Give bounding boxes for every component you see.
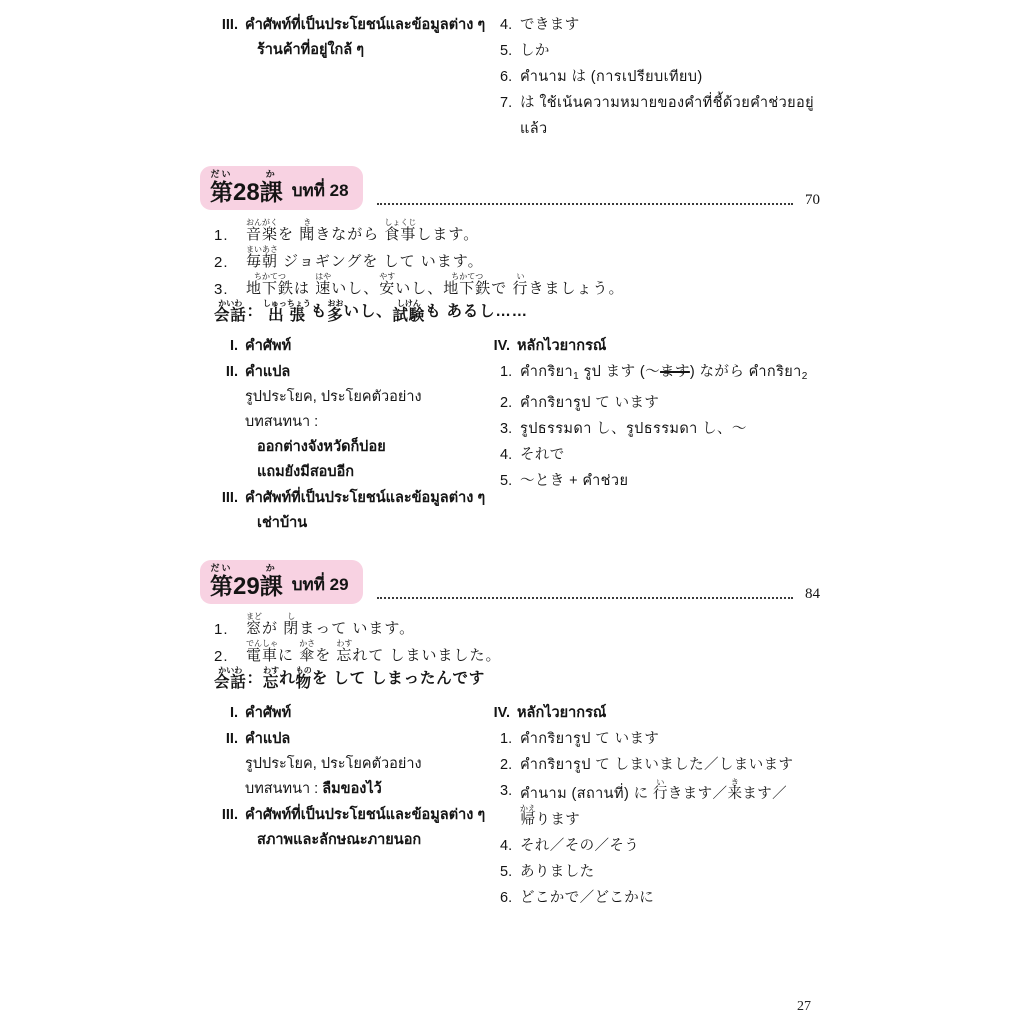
chapter-page-number: 70	[805, 192, 820, 210]
chapter-header: 第だい28課かบทที่ 2870	[200, 166, 820, 210]
section-body: คำศัพท์ที่เป็นประโยชน์และข้อมูลต่าง ๆสภา…	[245, 802, 484, 853]
sentence-text: 窓まどが 閉しまって います。	[246, 612, 820, 638]
text-segment: ます／	[742, 786, 787, 802]
chapter-left-column: I.คำศัพท์II.คำแปลรูปประโยค, ประโยคตัวอย่…	[212, 333, 484, 536]
grammar-item: 5.しか	[484, 38, 820, 64]
section-title: คำแปล	[245, 726, 484, 752]
section-line: รูปประโยค, ประโยคตัวอย่าง	[245, 752, 484, 777]
text-segment: ～とき + คำช่วย	[520, 473, 628, 489]
grammar-item-text: は ใช้เน้นความหมายของคำที่ชี้ด้วยคำช่วยอย…	[520, 90, 820, 142]
ruby-text: 多おお	[327, 299, 343, 325]
grammar-item: 1.คำกริยา1 รูป ます (～ます) ながら คำกริยา2	[484, 359, 820, 390]
content-section: III.คำศัพท์ที่เป็นประโยชน์และข้อมูลต่าง …	[212, 485, 484, 536]
text-segment: を して しまったんです	[312, 666, 485, 692]
section-title: คำศัพท์ที่เป็นประโยชน์และข้อมูลต่าง ๆ	[245, 12, 484, 38]
section-subtitle: ร้านค้าที่อยู่ใกล้ ๆ	[257, 38, 484, 63]
chapter-right-column: IV.หลักไวยากรณ์1.คำกริยา1 รูป ます (～ます) な…	[484, 333, 820, 536]
text-segment: 2	[802, 371, 808, 382]
ruby-text: 課か	[260, 573, 283, 599]
grammar-item-number: 5.	[500, 38, 520, 64]
text-segment: は ใช้เน้นความหมายของคำที่ชี้ด้วยคำช่วยอย…	[520, 95, 814, 137]
section-body: คำศัพท์	[245, 700, 484, 726]
grammar-item-number: 4.	[500, 12, 520, 38]
top-right-grammar-items: 4.できます5.しか6.คำนาม は (การเปรียบเทียบ)7.は …	[484, 12, 820, 142]
section-line-text: เช่าบ้าน	[257, 515, 307, 531]
section-body: คำศัพท์	[245, 333, 484, 359]
ruby-text: 地下鉄ちかてつ	[246, 280, 294, 297]
section-line-text: บทสนทนา :	[245, 414, 318, 430]
grammar-item-number: 1.	[500, 359, 520, 390]
grammar-item: 3.รูปธรรมดา し、รูปธรรมดา し、～	[484, 416, 820, 442]
ruby-text: 毎朝まいあさ	[246, 253, 278, 270]
ruby-text: 窓まど	[246, 620, 262, 637]
section-numeral: III.	[212, 12, 238, 63]
sentence-text: 毎朝まいあさ ジョギングを して います。	[246, 245, 820, 271]
sentence-text: 電車でんしゃに 傘かさを 忘わすれて しまいました。	[246, 639, 820, 665]
text-segment: คำกริยา	[520, 364, 573, 380]
grammar-item-text: คำนาม は (การเปรียบเทียบ)	[520, 64, 820, 90]
section-line-text: แถมยังมีสอบอีก	[257, 464, 354, 480]
grammar-item-text: ありました	[520, 859, 820, 885]
text-segment: คำกริยารูป て しまいました／しまいます	[520, 757, 793, 773]
sentence-number: 3.	[214, 281, 246, 298]
grammar-item-number: 4.	[500, 442, 520, 468]
content-section: I.คำศัพท์	[212, 700, 484, 726]
section-numeral: IV.	[484, 700, 510, 726]
chapter-columns: I.คำศัพท์II.คำแปลรูปประโยค, ประโยคตัวอย่…	[200, 700, 820, 911]
text-segment: します。	[416, 226, 479, 243]
text-segment: รูป ます (～	[579, 364, 660, 380]
section-numeral: II.	[212, 726, 238, 802]
ruby-text: 帰かえ	[520, 812, 535, 828]
section-title: คำศัพท์ที่เป็นประโยชน์และข้อมูลต่าง ๆ	[245, 485, 484, 511]
text-segment: รูปธรรมดา し、รูปธรรมดา し、～	[520, 421, 747, 437]
text-segment: どこかで／どこかに	[520, 890, 654, 906]
grammar-item: 6.どこかで／どこかに	[484, 885, 820, 911]
grammar-item-number: 1.	[500, 726, 520, 752]
ruby-text: 会話かいわ	[214, 666, 247, 692]
text-segment: ジョギングを して います。	[278, 253, 484, 270]
section-line: แถมยังมีสอบอีก	[257, 460, 484, 485]
text-segment: คำนาม (สถานที่) に	[520, 786, 653, 802]
section-body: คำศัพท์ที่เป็นประโยชน์และข้อมูลต่าง ๆ ร้…	[245, 12, 484, 63]
section-line: สภาพและลักษณะภายนอก	[257, 828, 484, 853]
section-line: รูปประโยค, ประโยคตัวอย่าง	[245, 385, 484, 410]
ruby-text: 行い	[512, 280, 528, 297]
text-segment: ありました	[520, 864, 595, 880]
chapter-header: 第だい29課かบทที่ 2984	[200, 560, 820, 604]
ruby-text: 出 張しゅっちょう	[263, 299, 311, 325]
section-numeral: IV.	[484, 333, 510, 359]
grammar-item: 5.ありました	[484, 859, 820, 885]
grammar-item-text: คำนาม (สถานที่) に 行いきます／来きます／帰かえります	[520, 778, 820, 833]
grammar-item-number: 2.	[500, 390, 520, 416]
section-title: คำศัพท์	[245, 333, 484, 359]
chapter-title-badge: 第だい28課かบทที่ 28	[200, 166, 363, 210]
chapter-number: 28	[233, 179, 260, 206]
grammar-item-text: คำกริยารูป て しまいました／しまいます	[520, 752, 820, 778]
grammar-item: 5.～とき + คำช่วย	[484, 468, 820, 494]
text-segment: できます	[520, 17, 580, 33]
ruby-text: 傘かさ	[299, 647, 315, 664]
text-segment: で	[491, 280, 512, 297]
chapter-title-thai: บทที่ 29	[292, 571, 349, 599]
text-segment: それ／その／そう	[520, 838, 639, 854]
sentence-number: 2.	[214, 648, 246, 665]
section-body: คำศัพท์ที่เป็นประโยชน์และข้อมูลต่าง ๆเช่…	[245, 485, 484, 536]
grammar-item-text: しか	[520, 38, 820, 64]
grammar-item-number: 6.	[500, 885, 520, 911]
chapter-block: 第だい29課かบทที่ 29841.窓まどが 閉しまって います。2.電車でん…	[200, 560, 820, 911]
grammar-item-number: 3.	[500, 416, 520, 442]
content-section: III.คำศัพท์ที่เป็นประโยชน์และข้อมูลต่าง …	[212, 802, 484, 853]
ruby-text: 第だい	[210, 573, 233, 599]
section-line: เช่าบ้าน	[257, 511, 484, 536]
dotted-leader	[377, 597, 793, 599]
grammar-section: IV.หลักไวยากรณ์	[484, 333, 820, 359]
section-line-text: บทสนทนา :	[245, 781, 322, 797]
grammar-item-text: รูปธรรมดา し、รูปธรรมดา し、～	[520, 416, 820, 442]
ruby-text: 課か	[260, 179, 283, 205]
ruby-text: 安やす	[379, 280, 395, 297]
content-section: II.คำแปลรูปประโยค, ประโยคตัวอย่างบทสนทนา…	[212, 726, 484, 802]
grammar-item-number: 3.	[500, 778, 520, 833]
ruby-text: 閉し	[283, 620, 299, 637]
grammar-item-text: คำกริยา1 รูป ます (～ます) ながら คำกริยา2	[520, 359, 820, 390]
text-segment: ：	[247, 299, 263, 325]
example-sentence: 1.窓まどが 閉しまって います。	[200, 612, 820, 638]
ruby-text: 会話かいわ	[214, 299, 247, 325]
grammar-item: 4.それ／その／そう	[484, 833, 820, 859]
grammar-item-number: 2.	[500, 752, 520, 778]
grammar-item: 6.คำนาม は (การเปรียบเทียบ)	[484, 64, 820, 90]
ruby-text: 試験しけん	[392, 299, 425, 325]
grammar-item: 4.それで	[484, 442, 820, 468]
text-segment: ります	[535, 812, 580, 828]
text-segment: いし、	[395, 280, 443, 297]
text-segment: それで	[520, 447, 565, 463]
text-segment: いし、	[331, 280, 379, 297]
section-title: คำศัพท์	[245, 700, 484, 726]
content-section: II.คำแปลรูปประโยค, ประโยคตัวอย่างบทสนทนา…	[212, 359, 484, 485]
section-line: ออกต่างจังหวัดก็บ่อย	[257, 435, 484, 460]
grammar-item-text: คำกริยารูป て います	[520, 726, 820, 752]
grammar-item-number: 5.	[500, 859, 520, 885]
grammar-item: 2.คำกริยารูป て います	[484, 390, 820, 416]
grammar-item-text: それ／その／そう	[520, 833, 820, 859]
section-numeral: I.	[212, 700, 238, 726]
grammar-item: 7.は ใช้เน้นความหมายของคำที่ชี้ด้วยคำช่วย…	[484, 90, 820, 142]
text-segment: ます	[660, 364, 690, 380]
grammar-item: 3.คำนาม (สถานที่) に 行いきます／来きます／帰かえります	[484, 778, 820, 833]
sentence-number: 1.	[214, 227, 246, 244]
chapter-right-column: IV.หลักไวยากรณ์1.คำกริยารูป て います2.คำกริ…	[484, 700, 820, 911]
top-section: III. คำศัพท์ที่เป็นประโยชน์และข้อมูลต่าง…	[200, 6, 820, 142]
section-body: คำแปลรูปประโยค, ประโยคตัวอย่างบทสนทนา : …	[245, 726, 484, 802]
vocab-info-section: III. คำศัพท์ที่เป็นประโยชน์และข้อมูลต่าง…	[212, 12, 484, 63]
sentence-number: 2.	[214, 254, 246, 271]
text-segment: に	[278, 647, 299, 664]
ruby-text: 第だい	[210, 179, 233, 205]
chapter-title-thai: บทที่ 28	[292, 177, 349, 205]
grammar-item: 2.คำกริยารูป て しまいました／しまいます	[484, 752, 820, 778]
section-numeral: III.	[212, 485, 238, 536]
dotted-leader	[377, 203, 793, 205]
chapter-title-japanese: 第だい28課か	[210, 169, 283, 205]
conversation-title-line: 会話かいわ：出 張しゅっちょうも 多おおいし、試験しけんも あるし……	[200, 299, 820, 325]
ruby-text: 音楽おんがく	[246, 226, 278, 243]
ruby-text: 地下鉄ちかてつ	[443, 280, 491, 297]
grammar-item-text: คำกริยารูป て います	[520, 390, 820, 416]
chapter-left-column: I.คำศัพท์II.คำแปลรูปประโยค, ประโยคตัวอย่…	[212, 700, 484, 911]
section-numeral: II.	[212, 359, 238, 485]
text-segment: まって います。	[299, 620, 415, 637]
text-segment: ：	[247, 666, 263, 692]
chapter-page-number: 84	[805, 586, 820, 604]
chapter-columns: I.คำศัพท์II.คำแปลรูปประโยค, ประโยคตัวอย่…	[200, 333, 820, 536]
sentence-text: 地下鉄ちかてつは 速はやいし、安やすいし、地下鉄ちかてつで 行いきましょう。	[246, 272, 820, 298]
text-segment: が	[262, 620, 283, 637]
text-segment: คำนาม は (การเปรียบเทียบ)	[520, 69, 703, 85]
ruby-text: 速はや	[315, 280, 331, 297]
section-line-text: สภาพและลักษณะภายนอก	[257, 832, 421, 848]
ruby-text: 忘わす	[263, 666, 279, 692]
text-segment: きます／	[668, 786, 728, 802]
text-segment: いし、	[344, 299, 393, 325]
grammar-item-number: 6.	[500, 64, 520, 90]
chapters: 第だい28課かบทที่ 28701.音楽おんがくを 聞ききながら 食事しょくじ…	[200, 166, 820, 911]
ruby-text: 聞き	[299, 226, 315, 243]
sentence-text: 音楽おんがくを 聞ききながら 食事しょくじします。	[246, 218, 820, 244]
section-line-text: รูปประโยค, ประโยคตัวอย่าง	[245, 756, 422, 772]
text-segment: きながら	[315, 226, 384, 243]
grammar-section: IV.หลักไวยากรณ์	[484, 700, 820, 726]
section-line-text: ออกต่างจังหวัดก็บ่อย	[257, 439, 386, 455]
section-line-text: ลืมของไว้	[322, 781, 382, 797]
example-sentence: 2.毎朝まいあさ ジョギングを して います。	[200, 245, 820, 271]
ruby-text: 物もの	[296, 666, 312, 692]
text-segment: れて しまいました。	[352, 647, 501, 664]
section-line: บทสนทนา :	[245, 410, 484, 435]
example-sentence: 2.電車でんしゃに 傘かさを 忘わすれて しまいました。	[200, 639, 820, 665]
conversation-title-line: 会話かいわ：忘わすれ物ものを して しまったんです	[200, 666, 820, 692]
text-segment: คำกริยารูป て います	[520, 395, 659, 411]
top-left-column: III. คำศัพท์ที่เป็นประโยชน์และข้อมูลต่าง…	[212, 12, 484, 142]
grammar-item-text: どこかで／どこかに	[520, 885, 820, 911]
text-segment: しか	[520, 43, 550, 59]
section-title: คำแปล	[245, 359, 484, 385]
text-segment: を	[315, 647, 336, 664]
text-segment: を	[278, 226, 299, 243]
chapter-title-japanese: 第だい29課か	[210, 563, 283, 599]
ruby-text: 食事しょくじ	[384, 226, 416, 243]
text-segment: は	[294, 280, 315, 297]
grammar-item-number: 7.	[500, 90, 520, 142]
example-sentence: 3.地下鉄ちかてつは 速はやいし、安やすいし、地下鉄ちかてつで 行いきましょう。	[200, 272, 820, 298]
section-title: หลักไวยากรณ์	[517, 333, 820, 359]
page-number: 27	[797, 999, 811, 1015]
grammar-item-number: 5.	[500, 468, 520, 494]
example-sentence: 1.音楽おんがくを 聞ききながら 食事しょくじします。	[200, 218, 820, 244]
chapter-number: 29	[233, 573, 260, 600]
section-line: บทสนทนา : ลืมของไว้	[245, 777, 484, 802]
section-body: หลักไวยากรณ์	[517, 700, 820, 726]
page-content: III. คำศัพท์ที่เป็นประโยชน์และข้อมูลต่าง…	[200, 6, 820, 911]
grammar-item-number: 4.	[500, 833, 520, 859]
grammar-item-text: できます	[520, 12, 820, 38]
sentence-number: 1.	[214, 621, 246, 638]
text-segment: も あるし……	[425, 299, 528, 325]
grammar-item-text: それで	[520, 442, 820, 468]
grammar-item: 4.できます	[484, 12, 820, 38]
text-segment: คำกริยารูป て います	[520, 731, 659, 747]
chapter-title-badge: 第だい29課かบทที่ 29	[200, 560, 363, 604]
section-numeral: I.	[212, 333, 238, 359]
ruby-text: 行い	[653, 786, 668, 802]
grammar-item: 1.คำกริยารูป て います	[484, 726, 820, 752]
section-title: หลักไวยากรณ์	[517, 700, 820, 726]
chapter-block: 第だい28課かบทที่ 28701.音楽おんがくを 聞ききながら 食事しょくじ…	[200, 166, 820, 536]
section-line-text: รูปประโยค, ประโยคตัวอย่าง	[245, 389, 422, 405]
text-segment: ) ながら คำกริยา	[690, 364, 802, 380]
ruby-text: 電車でんしゃ	[246, 647, 278, 664]
section-body: หลักไวยากรณ์	[517, 333, 820, 359]
text-segment: きましょう。	[528, 280, 624, 297]
section-body: คำแปลรูปประโยค, ประโยคตัวอย่างบทสนทนา :อ…	[245, 359, 484, 485]
section-title: คำศัพท์ที่เป็นประโยชน์และข้อมูลต่าง ๆ	[245, 802, 484, 828]
book-page: III. คำศัพท์ที่เป็นประโยชน์และข้อมูลต่าง…	[0, 0, 1024, 1024]
section-numeral: III.	[212, 802, 238, 853]
text-segment: も	[311, 299, 327, 325]
text-segment: れ	[279, 666, 295, 692]
content-section: I.คำศัพท์	[212, 333, 484, 359]
ruby-text: 来き	[727, 786, 742, 802]
grammar-item-text: ～とき + คำช่วย	[520, 468, 820, 494]
ruby-text: 忘わす	[336, 647, 352, 664]
